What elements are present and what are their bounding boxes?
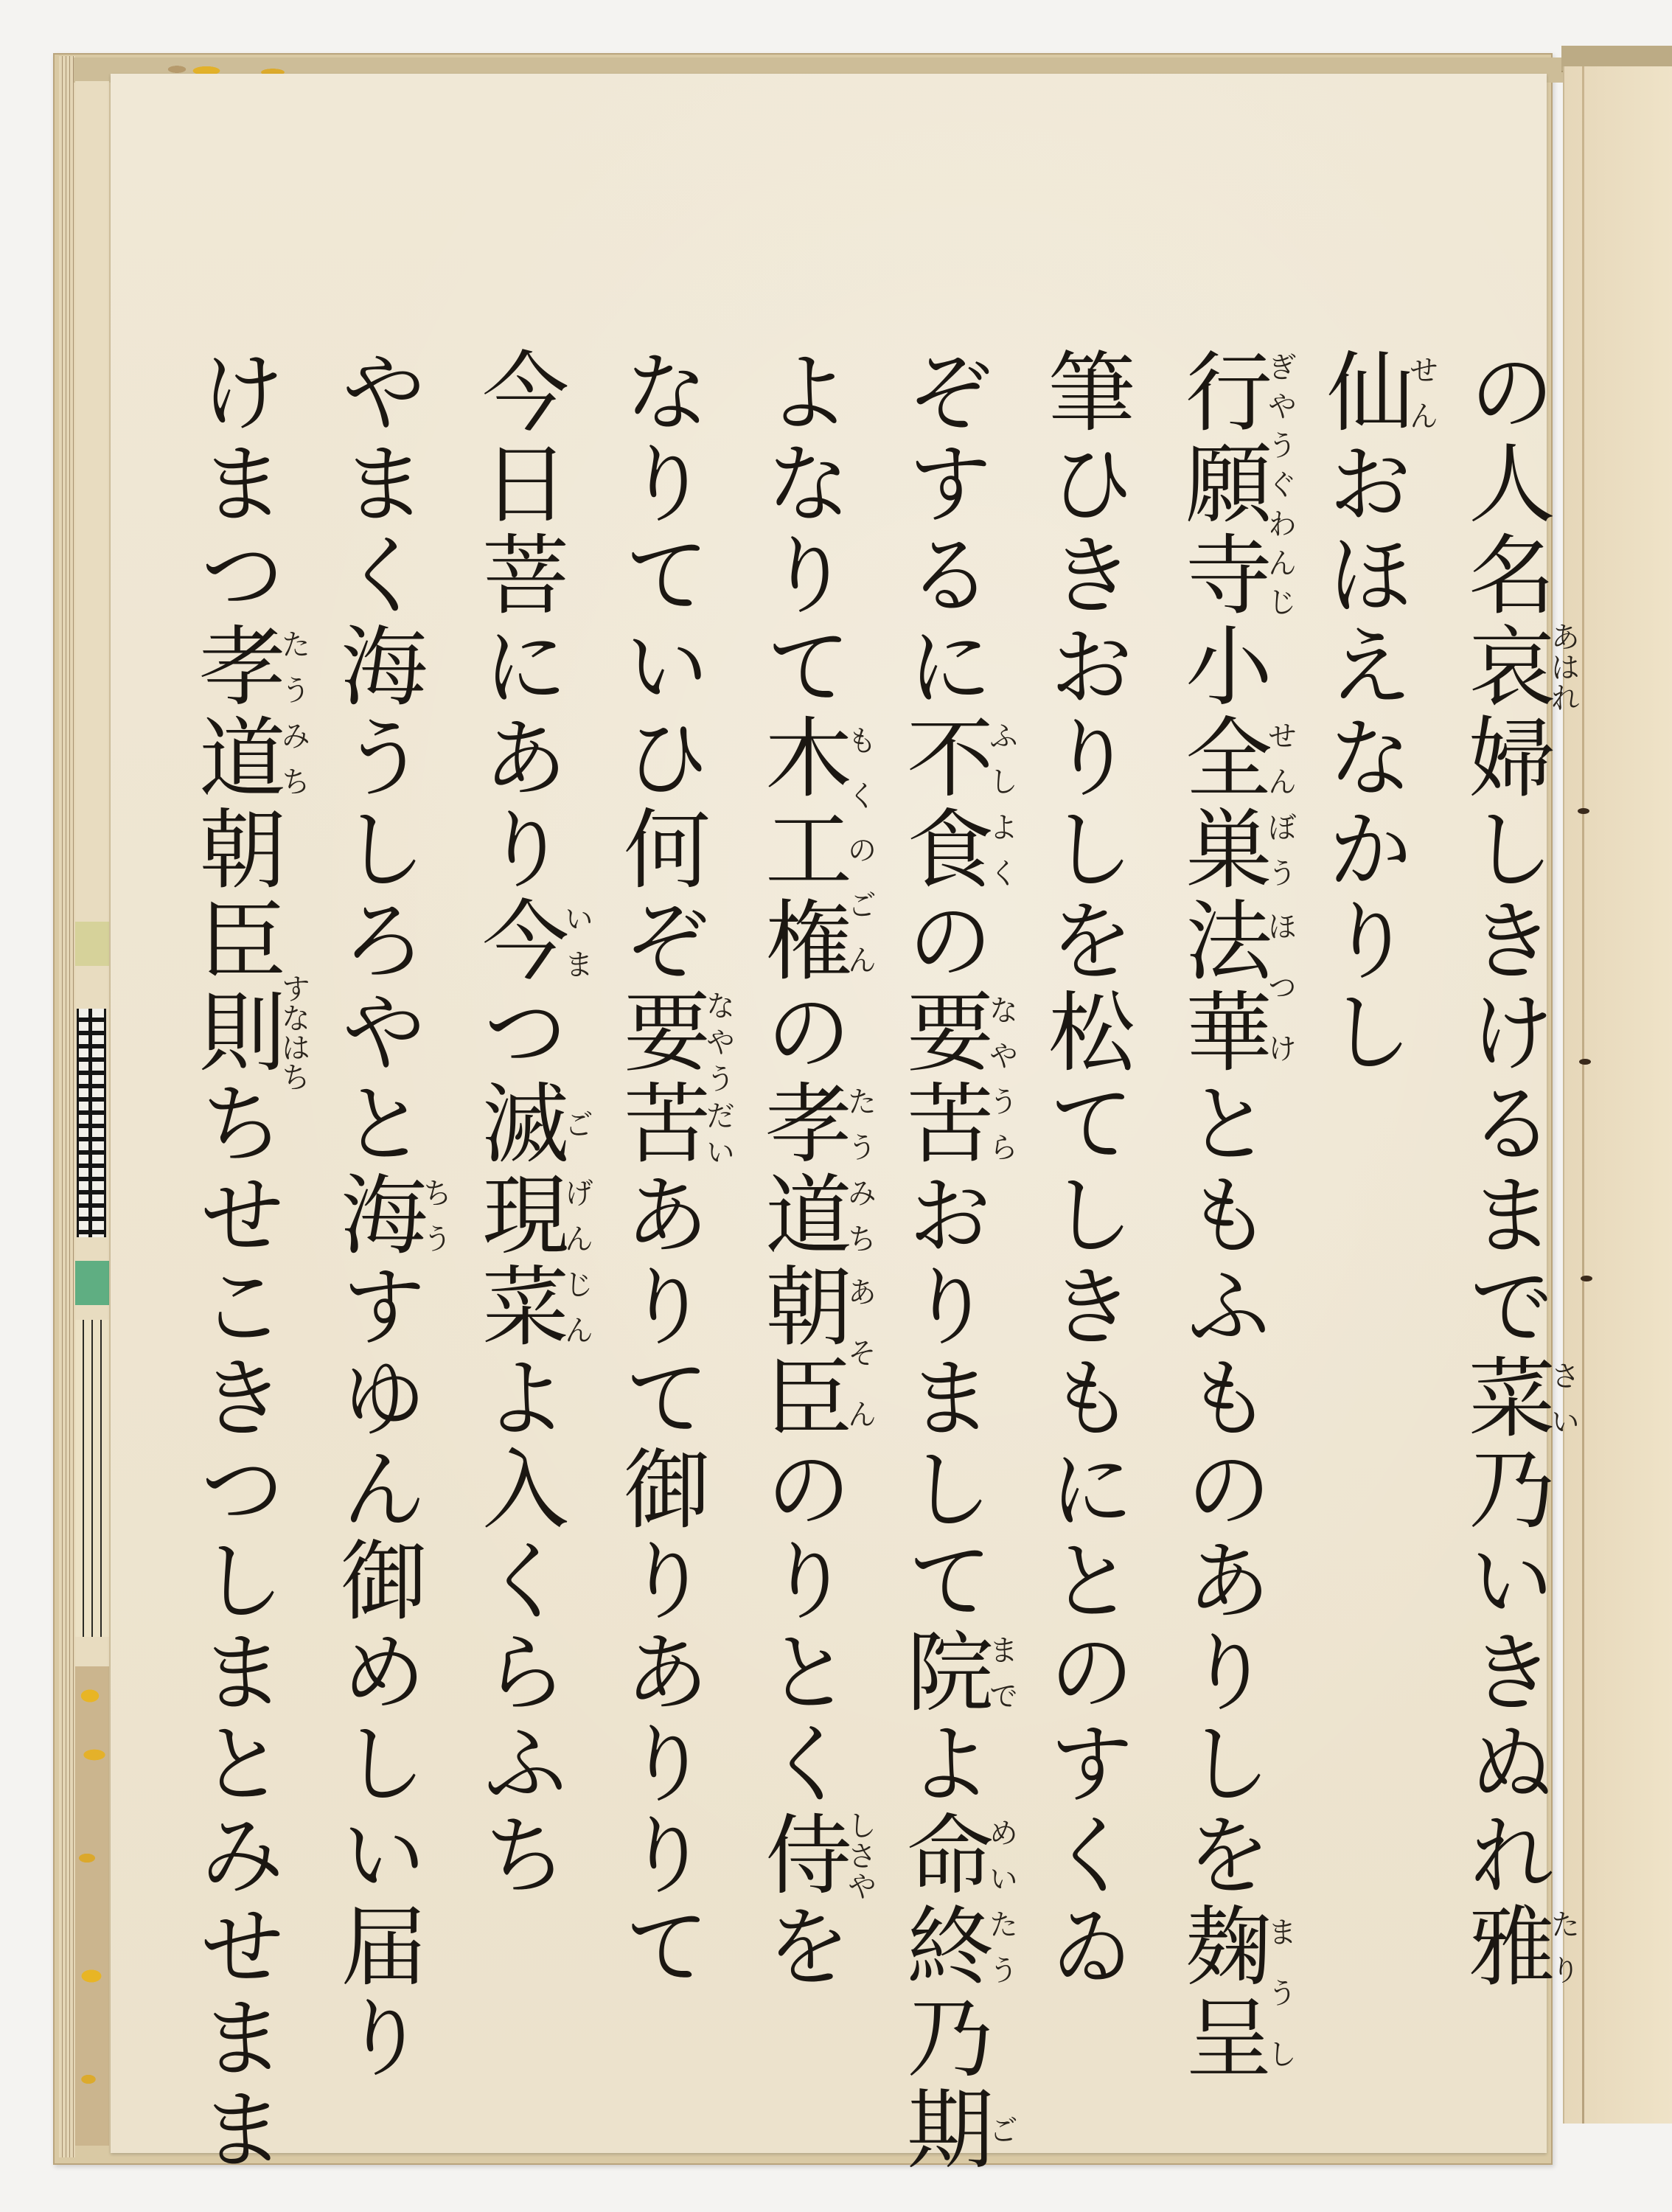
text-column-7: なりていひ何ぞ要苦なやうだいありて御りありりて (591, 347, 733, 2131)
text-run: 小 (1171, 621, 1272, 712)
ruby-annotated-word: 要苦なやうだい (609, 987, 711, 1169)
text-run: の人名 (1454, 347, 1556, 621)
ruby-annotated-word: 侍しさや (750, 1809, 852, 1901)
ruby-annotated-word: 期ご (892, 2084, 994, 2175)
text-run: なりていひ何ぞ (609, 347, 711, 987)
ruby-annotated-word: 菜さい (1454, 1352, 1556, 1444)
ruby-annotated-word: 全巣せんぼう (1171, 712, 1272, 895)
furigana: まで (984, 1627, 1018, 1718)
text-run: つ (467, 987, 569, 1078)
ruby-annotated-word: 道みち (184, 712, 286, 804)
furigana: いま (560, 895, 593, 987)
text-column-2: 仙せんおほえなかりし (1295, 347, 1436, 2131)
text-run: 今日菩にあり (467, 347, 569, 895)
text-run: ともふものありしを (1171, 1078, 1272, 1901)
text-column-1: の人名哀あはれ婦しきけるまで菜さい乃いきぬれ雅たり (1436, 347, 1578, 2131)
text-run: ちせこきつしまとみせまま (184, 1078, 286, 2175)
furigana: ふしよく (984, 712, 1018, 895)
furigana: たう (276, 621, 310, 712)
text-column-3: 行願寺ぎやうぐわんじ小全巣せんぼう法華ほつけともふものありしを麹呈まうし (1153, 347, 1295, 2131)
ruby-annotated-word: 院まで (892, 1627, 994, 1718)
illustration-strip (75, 81, 109, 2146)
furigana: まうし (1263, 1901, 1297, 2084)
ruby-annotated-word: 法華ほつけ (1171, 895, 1272, 1078)
ruby-annotated-word: 朝臣あそん (750, 1261, 852, 1444)
ruby-annotated-word: 終たう (892, 1901, 994, 1992)
gold-leaf-illustration (75, 1666, 109, 2146)
furigana: さい (1546, 1352, 1580, 1444)
ruby-annotated-word: 行願寺ぎやうぐわんじ (1171, 347, 1272, 621)
text-run: けまつ (184, 347, 286, 621)
text-run: おほえなかりし (1312, 438, 1414, 1078)
furigana: もくのごん (843, 712, 877, 987)
text-run: 筆ひきおりしを松てしきもにとのすくゐ (1034, 347, 1135, 1992)
ruby-annotated-word: 孝道たうみち (750, 1078, 852, 1261)
ruby-annotated-word: 命めい (892, 1809, 994, 1901)
ruby-annotated-word: 木工権もくのごん (750, 712, 852, 987)
text-run: やまく海うしろやと (326, 347, 428, 1169)
binding-hole (1579, 1059, 1591, 1065)
vertical-bars-illustration (75, 1320, 109, 1637)
binding-hole (1578, 808, 1589, 814)
furigana: たうみち (843, 1078, 877, 1261)
furigana: しさや (843, 1809, 877, 1901)
furigana: たう (984, 1901, 1018, 1992)
text-run: 婦しきけるまで (1454, 712, 1556, 1352)
ruby-annotated-word: 滅ご (467, 1078, 569, 1169)
furigana: みち (276, 712, 310, 804)
text-run: よなりて (750, 347, 852, 712)
text-run: 朝臣 (184, 804, 286, 987)
text-run: の (750, 987, 852, 1078)
furigana: せん (1404, 347, 1438, 438)
text-column-9: やまく海うしろやと海ちうすゆん御めしい届り (308, 347, 450, 2131)
text-column-10: けまつ孝たう道みち朝臣則すなはちちせこきつしまとみせまま (167, 347, 308, 2131)
furigana: あそん (843, 1261, 877, 1444)
ruby-annotated-word: 麹呈まうし (1171, 1901, 1272, 2084)
text-run: ぞするに (892, 347, 994, 712)
furigana: すなはち (276, 973, 310, 1091)
text-column-6: よなりて木工権もくのごんの孝道たうみち朝臣あそんのりとく侍しさやを (733, 347, 874, 2131)
text-column-4: 筆ひきおりしを松てしきもにとのすくゐ (1016, 347, 1153, 2131)
ruby-annotated-word: 不食ふしよく (892, 712, 994, 895)
calligraphy-text-block: の人名哀あはれ婦しきけるまで菜さい乃いきぬれ雅たり 仙せんおほえなかりし 行願寺… (243, 347, 1578, 2131)
furigana: めい (984, 1809, 1018, 1901)
ruby-annotated-word: 雅たり (1454, 1901, 1556, 1992)
text-run: 乃いきぬれ (1454, 1444, 1556, 1901)
text-run: ありて御りありりて (609, 1169, 711, 1992)
furigana: せんぼう (1263, 712, 1297, 895)
ruby-annotated-word: 今いま (467, 895, 569, 987)
furigana: ちう (418, 1169, 452, 1261)
page-edges (59, 56, 75, 2157)
facing-page (1563, 66, 1672, 2124)
ruby-annotated-word: 孝たう (184, 621, 286, 712)
text-column-5: ぞするに不食ふしよくの要苦なやうらおりまして院までよ命めい終たう乃期ご (874, 347, 1016, 2131)
green-panel-illustration (75, 1261, 109, 1305)
lattice-window-illustration (77, 1009, 106, 1237)
ruby-annotated-word: 海ちう (326, 1169, 428, 1261)
text-run: よ (892, 1718, 994, 1809)
furigana: あはれ (1546, 621, 1580, 712)
text-run: すゆん御めしい届り (326, 1261, 428, 2084)
illustration-yellow-band (75, 922, 109, 966)
text-run: おりまして (892, 1169, 994, 1627)
text-run: 乃 (892, 1992, 994, 2084)
ruby-annotated-word: 哀あはれ (1454, 621, 1556, 712)
gutter-fold (1582, 66, 1584, 2124)
ruby-annotated-word: 現菜げんじん (467, 1169, 569, 1352)
furigana: ご (984, 2084, 1018, 2175)
furigana: たり (1546, 1901, 1580, 1992)
furigana: ぎやうぐわんじ (1263, 347, 1297, 621)
ruby-annotated-word: 仙せん (1312, 347, 1414, 438)
text-run: よ入くらふち (467, 1352, 569, 1901)
furigana: げんじん (560, 1169, 593, 1352)
furigana: なやうら (984, 987, 1018, 1169)
text-run: の (892, 895, 994, 987)
text-column-8: 今日菩にあり今いまつ滅ご現菜げんじんよ入くらふち (450, 347, 591, 2131)
ruby-annotated-word: 則すなはち (184, 987, 286, 1078)
furigana: ご (560, 1078, 593, 1169)
text-run: を (750, 1901, 852, 1992)
binding-hole (1581, 1276, 1592, 1281)
furigana: なやうだい (701, 987, 735, 1169)
furigana: ほつけ (1263, 895, 1297, 1078)
ruby-annotated-word: 要苦なやうら (892, 987, 994, 1169)
text-run: のりとく (750, 1444, 852, 1809)
